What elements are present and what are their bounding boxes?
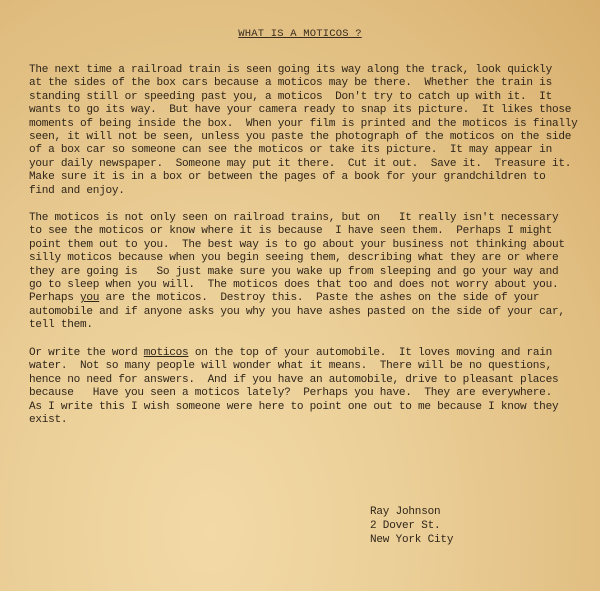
text-line: because Have you seen a moticos lately? …	[29, 387, 589, 400]
text-line: Make sure it is in a box or between the …	[29, 171, 589, 184]
signature-city: New York City	[370, 533, 453, 547]
text-line: hence no need for answers. And if you ha…	[29, 374, 589, 387]
text-line: at the sides of the box cars because a m…	[29, 77, 589, 90]
paragraph-1: The next time a railroad train is seen g…	[29, 64, 589, 198]
text-line: As I write this I wish someone were here…	[29, 401, 589, 414]
text-line: to see the moticos or know where it is b…	[29, 225, 589, 238]
text-line: The next time a railroad train is seen g…	[29, 64, 589, 77]
paragraph-3: Or write the word moticos on the top of …	[29, 347, 589, 427]
text-line: moments of being inside the box. When yo…	[29, 118, 589, 131]
text-line: Or write the word moticos on the top of …	[29, 347, 589, 360]
text-line: silly moticos because when you begin see…	[29, 252, 589, 265]
text-line: exist.	[29, 414, 589, 427]
typewritten-page: WHAT IS A MOTICOS ? The next time a rail…	[0, 0, 600, 591]
signature-name: Ray Johnson	[370, 505, 453, 519]
text-line: wants to go its way. But have your camer…	[29, 104, 589, 117]
underlined-word: moticos	[144, 347, 189, 359]
signature-street: 2 Dover St.	[370, 519, 453, 533]
text-line: automobile and if anyone asks you why yo…	[29, 306, 589, 319]
text-line: The moticos is not only seen on railroad…	[29, 212, 589, 225]
underlined-word: you	[80, 292, 99, 304]
text-line: your daily newspaper. Someone may put it…	[29, 158, 589, 171]
text-line: of a box car so someone can see the moti…	[29, 144, 589, 157]
text-line: Perhaps you are the moticos. Destroy thi…	[29, 292, 589, 305]
text-line: standing still or speeding past you, a m…	[29, 91, 589, 104]
text-line: water. Not so many people will wonder wh…	[29, 360, 589, 373]
text-line: point them out to you. The best way is t…	[29, 239, 589, 252]
text-line: they are going is So just make sure you …	[29, 266, 589, 279]
paragraph-2: The moticos is not only seen on railroad…	[29, 212, 589, 333]
text-line: go to sleep when you will. The moticos d…	[29, 279, 589, 292]
text-line: seen, it will not be seen, unless you pa…	[29, 131, 589, 144]
text-line: tell them.	[29, 319, 589, 332]
text-line: find and enjoy.	[29, 185, 589, 198]
document-title: WHAT IS A MOTICOS ?	[0, 28, 600, 40]
signature-block: Ray Johnson 2 Dover St. New York City	[370, 505, 453, 547]
